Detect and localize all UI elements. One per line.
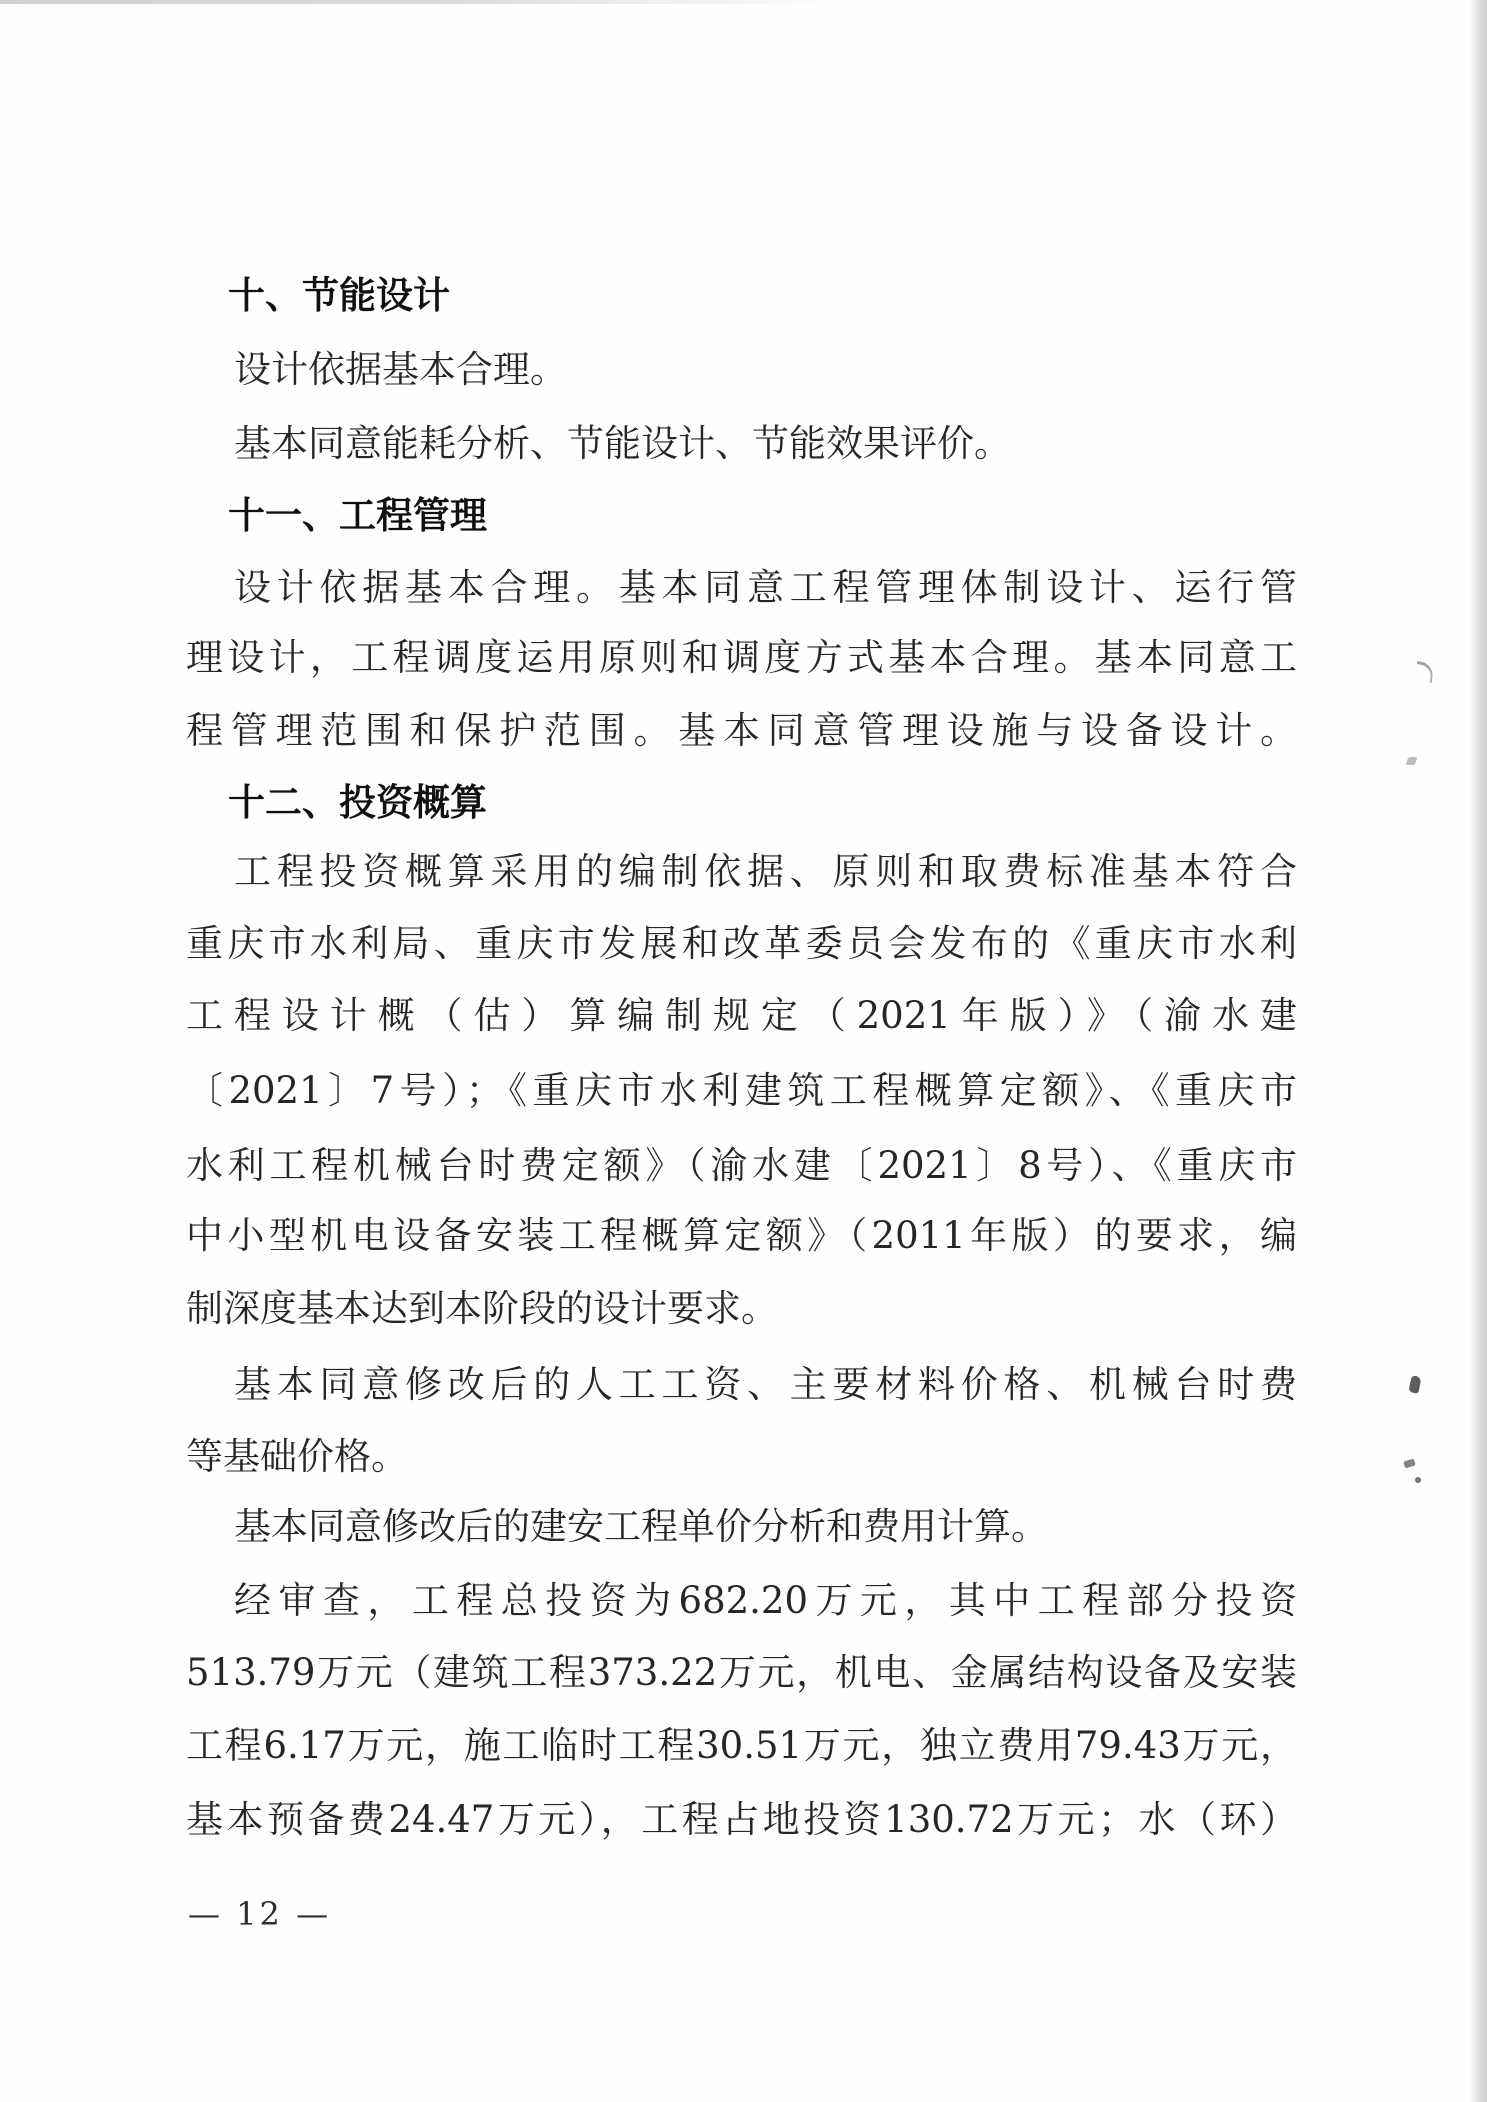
page-number: — 12 — xyxy=(188,1895,331,1933)
body-line: 工程投资概算采用的编制依据、原则和取费标准基本符合 xyxy=(234,848,1297,896)
scan-artifact-speck xyxy=(1403,1458,1416,1468)
body-line: 等基础价格。 xyxy=(186,1433,408,1481)
body-line: 基本同意修改后的建安工程单价分析和费用计算。 xyxy=(234,1503,1048,1551)
scanned-document-page: 十、节能设计 设计依据基本合理。 基本同意能耗分析、节能设计、节能效果评价。 十… xyxy=(0,0,1487,2102)
body-line: 中小型机电设备安装工程概算定额》（2011年版）的要求，编 xyxy=(186,1212,1297,1260)
section-heading-11: 十一、工程管理 xyxy=(228,492,487,540)
body-line: 513.79万元（建筑工程373.22万元，机电、金属结构设备及安装 xyxy=(186,1649,1297,1697)
body-line: 〔2021〕7号）；《重庆市水利建筑工程概算定额》、《重庆市 xyxy=(186,1067,1297,1115)
scan-edge-artifact-top xyxy=(0,0,830,4)
body-line: 设计依据基本合理。 xyxy=(234,346,567,394)
scan-artifact-speck xyxy=(1406,757,1418,765)
body-line: 经审查，工程总投资为682.20万元，其中工程部分投资 xyxy=(234,1577,1297,1625)
body-line: 基本预备费24.47万元），工程占地投资130.72万元；水（环） xyxy=(186,1796,1297,1844)
body-line: 基本同意能耗分析、节能设计、节能效果评价。 xyxy=(234,420,1011,468)
body-line: 设计依据基本合理。基本同意工程管理体制设计、运行管 xyxy=(234,564,1297,612)
body-line: 工程6.17万元，施工临时工程30.51万元，独立费用79.43万元， xyxy=(186,1722,1297,1770)
section-heading-10: 十、节能设计 xyxy=(228,272,450,320)
section-heading-12: 十二、投资概算 xyxy=(228,779,487,827)
scan-artifact-ink-blob xyxy=(1408,1375,1421,1394)
body-line: 制深度基本达到本阶段的设计要求。 xyxy=(186,1285,778,1333)
scan-artifact-dot xyxy=(1415,1477,1421,1483)
body-line: 水利工程机械台时费定额》（渝水建〔2021〕8号）、《重庆市 xyxy=(186,1142,1297,1190)
body-line: 基本同意修改后的人工工资、主要材料价格、机械台时费 xyxy=(234,1361,1297,1409)
body-line: 工程设计概（估）算编制规定（2021年版）》（渝水建 xyxy=(186,992,1297,1040)
body-line: 程管理范围和保护范围。基本同意管理设施与设备设计。 xyxy=(186,707,1297,755)
scan-edge-artifact-right xyxy=(1470,0,1487,2102)
body-line: 重庆市水利局、重庆市发展和改革委员会发布的《重庆市水利 xyxy=(186,920,1297,968)
body-line: 理设计，工程调度运用原则和调度方式基本合理。基本同意工 xyxy=(186,634,1297,682)
scan-artifact-hook-mark xyxy=(1415,661,1434,683)
